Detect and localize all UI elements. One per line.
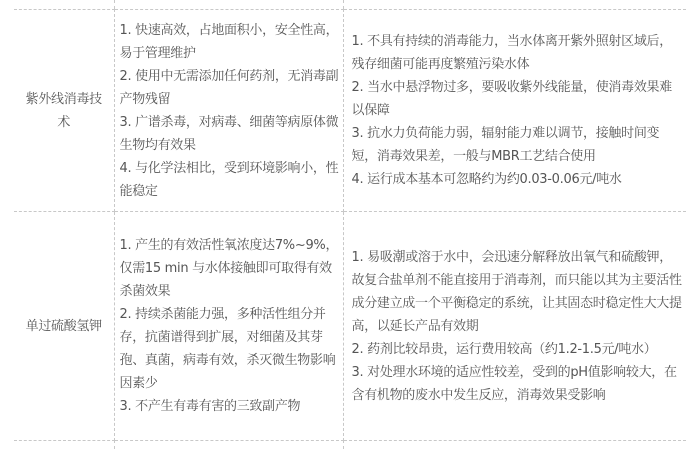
disadvantage-item: 2. 药剂比较昂贵，运行费用较高（约1.2-1.5元/吨水） xyxy=(352,338,683,361)
technology-name-cell: 紫外线消毒技术 xyxy=(14,10,114,212)
technology-name: 单过硫酸氢钾 xyxy=(26,319,102,334)
advantage-item: 3. 广谱杀毒，对病毒、细菌等病原体微生物均有效果 xyxy=(120,111,339,157)
advantage-item: 1. 产生的有效活性氧浓度达7%~9%，仅需15 min 与水体接触即可取得有效… xyxy=(120,234,339,303)
advantage-item: 3. 不产生有毒有害的三致副产物 xyxy=(120,395,339,418)
disadvantage-item: 3. 抗水力负荷能力弱，辐射能力难以调节，接触时间变短，消毒效果差，一般与MBR… xyxy=(352,122,683,168)
disadvantages-cell: 1. 易吸潮或溶于水中，会迅速分解释放出氧气和硫酸钾，故复合盐单剂不能直接用于消… xyxy=(343,212,686,441)
disinfection-comparison-table: 紫外线消毒技术 1. 快速高效，占地面积小，安全性高，易于管理维护 2. 使用中… xyxy=(14,9,686,441)
column-divider-bottom-left xyxy=(114,440,115,449)
technology-name-cell: 单过硫酸氢钾 xyxy=(14,212,114,441)
advantage-item: 2. 持续杀菌能力强，多种活性组分并存，抗菌谱得到扩展，对细菌及其芽孢、真菌，病… xyxy=(120,303,339,395)
disadvantage-item: 4. 运行成本基本可忽略约为约0.03-0.06元/吨水 xyxy=(352,168,683,191)
advantages-cell: 1. 快速高效，占地面积小，安全性高，易于管理维护 2. 使用中无需添加任何药剂… xyxy=(114,10,343,212)
disadvantage-item: 3. 对处理水环境的适应性较差，受到的pH值影响较大，在含有机物的废水中发生反应… xyxy=(352,361,683,407)
disadvantage-item: 1. 易吸潮或溶于水中，会迅速分解释放出氧气和硫酸钾，故复合盐单剂不能直接用于消… xyxy=(352,246,683,338)
advantage-item: 4. 与化学法相比，受到环境影响小，性能稳定 xyxy=(120,157,339,203)
table-row-uv-disinfection: 紫外线消毒技术 1. 快速高效，占地面积小，安全性高，易于管理维护 2. 使用中… xyxy=(14,10,686,212)
table-row-potassium-monopersulfate: 单过硫酸氢钾 1. 产生的有效活性氧浓度达7%~9%，仅需15 min 与水体接… xyxy=(14,212,686,441)
disadvantages-cell: 1. 不具有持续的消毒能力，当水体离开紫外照射区域后，残存细菌可能再度繁殖污染水… xyxy=(343,10,686,212)
advantage-item: 1. 快速高效，占地面积小，安全性高，易于管理维护 xyxy=(120,19,339,65)
advantages-cell: 1. 产生的有效活性氧浓度达7%~9%，仅需15 min 与水体接触即可取得有效… xyxy=(114,212,343,441)
column-divider-top-left xyxy=(114,0,115,9)
disadvantage-item: 2. 当水中悬浮物过多，要吸收紫外线能量，使消毒效果难以保障 xyxy=(352,76,683,122)
disadvantage-item: 1. 不具有持续的消毒能力，当水体离开紫外照射区域后，残存细菌可能再度繁殖污染水… xyxy=(352,30,683,76)
column-divider-bottom-right xyxy=(343,440,344,449)
advantage-item: 2. 使用中无需添加任何药剂，无消毒副产物残留 xyxy=(120,65,339,111)
technology-name: 紫外线消毒技术 xyxy=(26,92,102,130)
column-divider-top-right xyxy=(343,0,344,9)
